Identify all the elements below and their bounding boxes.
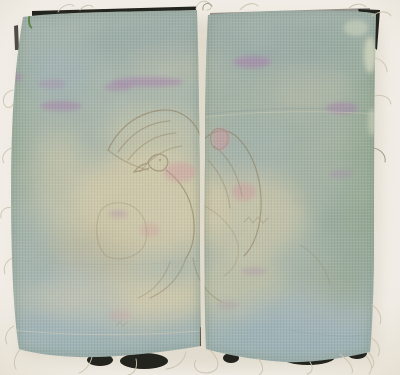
textile-photograph — [0, 0, 400, 375]
textile-photo-canvas — [0, 0, 400, 375]
backing-bottom-blob — [120, 353, 168, 369]
fabric-grain — [8, 4, 386, 368]
